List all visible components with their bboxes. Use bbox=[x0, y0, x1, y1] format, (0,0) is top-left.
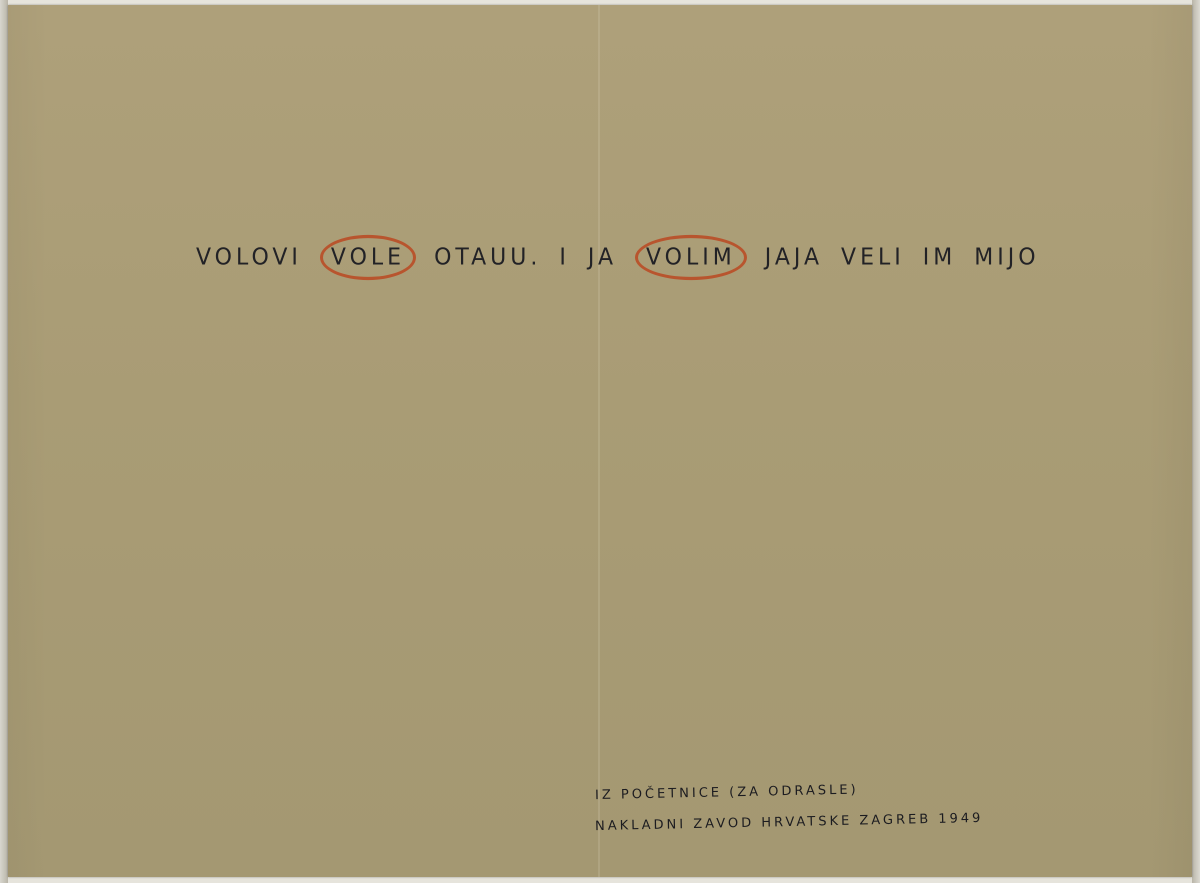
word: IM bbox=[923, 244, 956, 270]
credit-source: IZ POČETNICE (ZA ODRASLE) bbox=[595, 780, 984, 803]
word: MIJO bbox=[974, 244, 1039, 270]
circled-word: VOLIM bbox=[635, 235, 747, 280]
mount-right-edge bbox=[1192, 0, 1200, 883]
credit-publisher: NAKLADNI ZAVOD HRVATSKE ZAGREB 1949 bbox=[595, 811, 984, 834]
source-credits: IZ POČETNICE (ZA ODRASLE) NAKLADNI ZAVOD… bbox=[595, 784, 983, 846]
word: VOLOVI bbox=[196, 244, 302, 270]
mount-left-edge bbox=[0, 0, 8, 883]
paper-fold-line bbox=[598, 5, 600, 877]
word: I bbox=[559, 244, 570, 270]
word: OTAUU. bbox=[434, 244, 541, 270]
circled-word: VOLE bbox=[320, 235, 416, 280]
word: JAJA bbox=[765, 244, 823, 270]
handwritten-sentence: VOLOVI VOLE OTAUU. I JA VOLIM JAJA VELI … bbox=[196, 236, 1040, 279]
paper-sheet bbox=[8, 5, 1192, 877]
word: VELI bbox=[841, 244, 905, 270]
word: JA bbox=[588, 244, 617, 270]
